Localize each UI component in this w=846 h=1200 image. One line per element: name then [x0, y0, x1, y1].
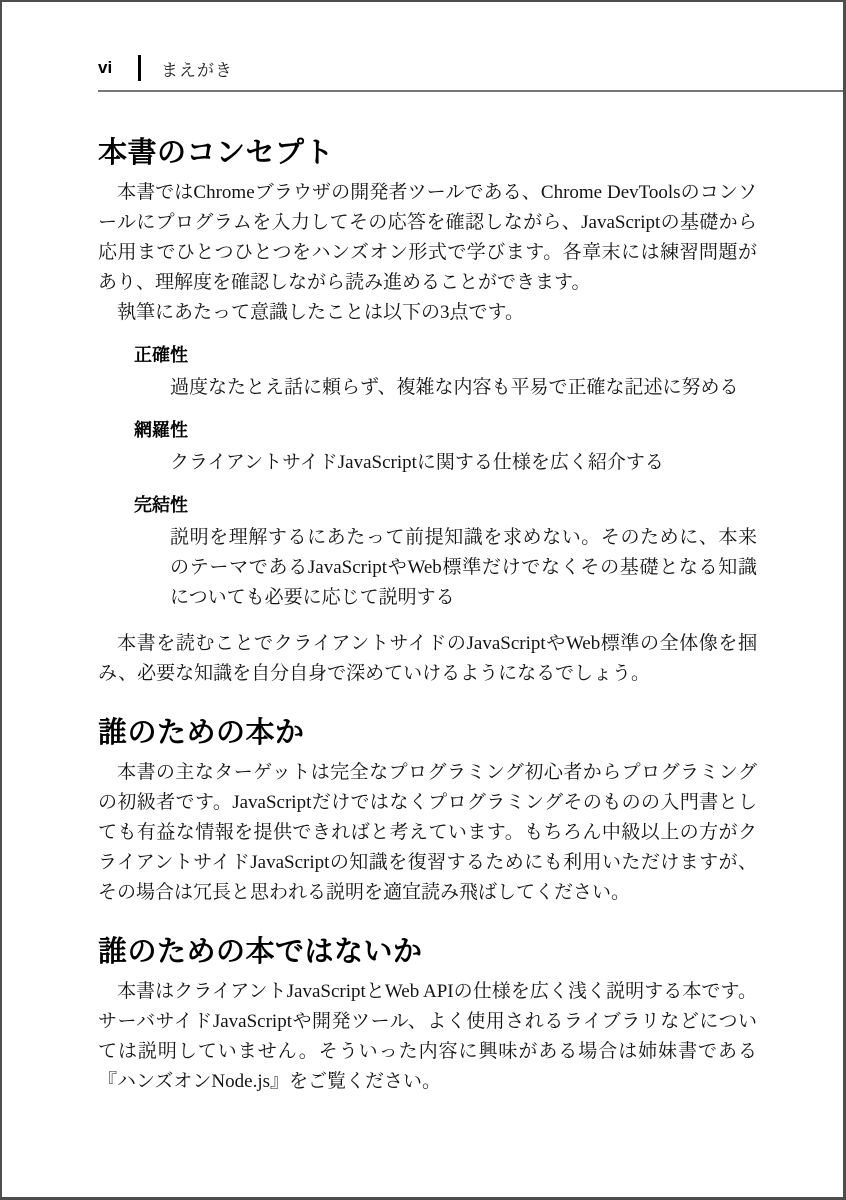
book-page: vi まえがき 本書のコンセプト 本書ではChromeブラウザの開発者ツールであ…	[0, 0, 846, 1200]
header-divider	[138, 55, 141, 81]
section-heading-not-target-readers: 誰のための本ではないか	[98, 936, 757, 968]
page-header: vi まえがき	[98, 55, 843, 92]
concept-list: 正確性 過度なたとえ話に頼らず、複雑な内容も平易で正確な記述に努める 網羅性 ク…	[98, 344, 757, 613]
list-description: 過度なたとえ話に頼らず、複雑な内容も平易で正確な記述に努める	[170, 373, 757, 403]
list-term-completeness: 完結性	[134, 494, 757, 516]
paragraph: 本書の主なターゲットは完全なプログラミング初心者からプログラミングの初級者です。…	[98, 758, 757, 908]
paragraph: 本書ではChromeブラウザの開発者ツールである、Chrome DevTools…	[98, 178, 757, 298]
list-description: クライアントサイドJavaScriptに関する仕様を広く紹介する	[170, 448, 757, 478]
list-term-coverage: 網羅性	[134, 419, 757, 441]
paragraph: 本書を読むことでクライアントサイドのJavaScriptやWeb標準の全体像を掴…	[98, 629, 757, 689]
section-heading-concept: 本書のコンセプト	[98, 137, 757, 169]
list-description: 説明を理解するにあたって前提知識を求めない。そのために、本来のテーマであるJav…	[170, 523, 757, 613]
page-number: vi	[98, 58, 114, 78]
list-term-accuracy: 正確性	[134, 344, 757, 366]
page-content: 本書のコンセプト 本書ではChromeブラウザの開発者ツールである、Chrome…	[98, 92, 757, 1097]
section-heading-target-readers: 誰のための本か	[98, 717, 757, 749]
header-section-title: まえがき	[161, 56, 233, 81]
paragraph: 執筆にあたって意識したことは以下の3点です。	[98, 298, 757, 328]
paragraph: 本書はクライアントJavaScriptとWeb APIの仕様を広く浅く説明する本…	[98, 977, 757, 1097]
